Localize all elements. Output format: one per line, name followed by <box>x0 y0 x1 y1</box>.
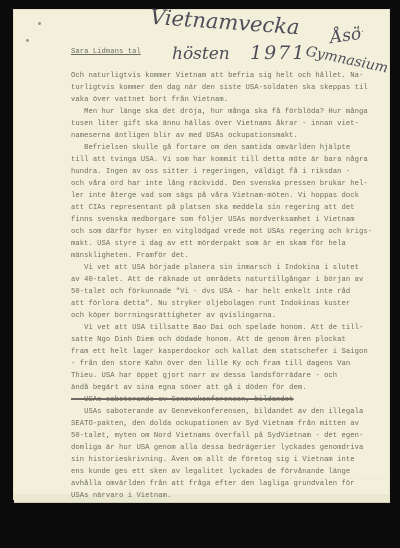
text-line: mänskligheten. Framför det. <box>71 252 189 260</box>
text-line: att CIAs representant på platsen ska med… <box>71 204 355 212</box>
text-line: Befrielsen skulle gå fortare om den samt… <box>71 144 350 152</box>
text-line: tusen liter gift ska ännu hällas över Vi… <box>71 120 359 128</box>
text-line: finns svenska medborgare som följer USAs… <box>71 216 355 224</box>
text-line: satte Ngo Dinh Diem och dödade honom. At… <box>71 336 346 344</box>
text-line: att förlora detta". Nu stryker oljebolag… <box>71 300 350 308</box>
text-line: domliga är hur USA genom alla dessa bedr… <box>71 444 363 452</box>
text-line: till att tvinga USA. Vi som har kommit t… <box>71 156 368 164</box>
text-line: och våra ord har inte lång räckvidd. Den… <box>71 180 368 188</box>
text-line: Och naturligtvis kommer Vietnam att befr… <box>71 72 363 80</box>
page-number: 1. <box>356 27 365 35</box>
text-line: 50-talet och förkunnade "Vi - dvs USA - … <box>71 288 350 296</box>
text-line: makt. USA styre i dag av ett mörderpakt … <box>71 240 346 248</box>
text-line: och köper borrningsrättigheter av qvisli… <box>71 312 276 320</box>
text-line: ler inte återge vad som sägs på våra Vie… <box>71 192 359 200</box>
text-line: av 40-talet. Att de räknade ut områdets … <box>71 276 363 284</box>
text-line: hundra. Ingen av oss sitter i regeringen… <box>71 168 350 176</box>
text-line: fram ett helt lager kasperdockor och kal… <box>71 348 368 356</box>
text-line: 50-talet, myten om Nord Vietnams överfal… <box>71 432 363 440</box>
text-line: USAs närvaro i Vietnam. <box>71 492 171 500</box>
text-line: Men hur länge ska det dröja, hur många s… <box>71 108 368 116</box>
text-line: nameserna äntligen blir av med USAs ocku… <box>71 132 298 140</box>
bleed-line: ........................................… <box>220 486 400 494</box>
text-line: turligtvis kommer den dag när den siste … <box>71 84 368 92</box>
bleed-line: ............................... <box>280 474 400 482</box>
text-line: ändå begärt av sina egna söner att gå i … <box>71 384 307 392</box>
text-line: USAs saboterande av Genevekonferensen, b… <box>71 408 363 416</box>
handwritten-season: hösten <box>172 44 230 64</box>
heading-speaker: Sara Lidmans tal <box>71 48 141 56</box>
text-line: Thieu. USA har öppet gjort narr av dessa… <box>71 372 337 380</box>
text-line: vaka över vattnet bort från Vietnam. <box>71 96 228 104</box>
text-line: sin historieskrivning. Även om allt de f… <box>71 456 355 464</box>
text-line: - från den store Kahn över den lille Ky … <box>71 360 350 368</box>
text-line: och som därför hyser en vitglödgad vrede… <box>71 228 372 236</box>
struck-out-line: USAs saboterande av Genevekonferensen, b… <box>71 396 294 404</box>
handwritten-year: 1971 <box>250 42 306 64</box>
punch-hole-mark <box>38 22 41 25</box>
text-line: SEATO-pakten, den dolda ockupationen av … <box>71 420 359 428</box>
text-line: Vi vet att USA tillsatte Bao Dai och spe… <box>71 324 363 332</box>
text-line: Vi vet att USA började planera sin inmar… <box>71 264 359 272</box>
punch-hole-mark <box>26 39 29 42</box>
